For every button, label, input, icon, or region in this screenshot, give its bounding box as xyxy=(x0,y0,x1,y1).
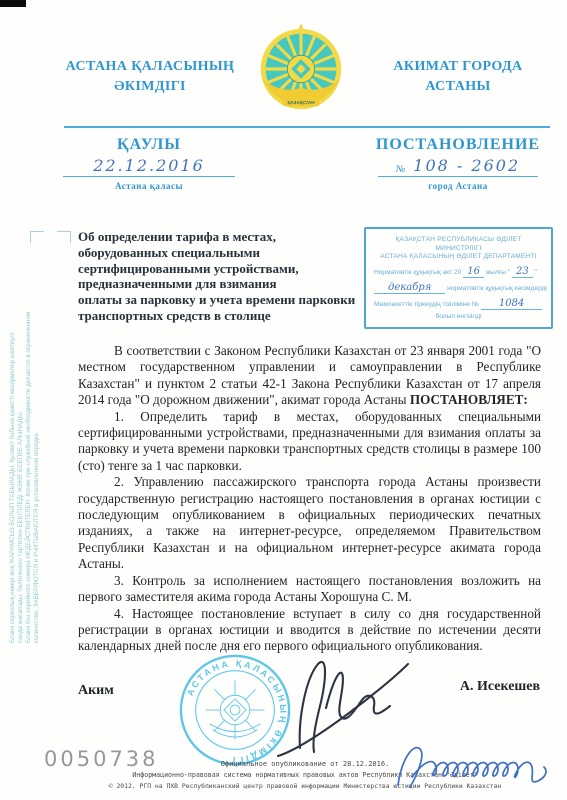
title-line: оборудованных специальными xyxy=(78,245,378,261)
signer-position: Аким xyxy=(78,683,114,699)
emblem-banner-text: ҚАЗАҚСТАН xyxy=(288,100,315,105)
org-name-russian-line2: АСТАНЫ xyxy=(372,77,544,97)
handwritten-day: 23 xyxy=(512,266,533,278)
header-divider xyxy=(64,126,550,128)
reg-stamp-year-label: жылғы " xyxy=(486,269,510,276)
org-name-russian: АКИМАТ ГОРОДА АСТАНЫ xyxy=(372,57,544,96)
reg-stamp-quote: " xyxy=(535,269,537,276)
document-page: АСТАНА ҚАЛАСЫНЫҢ ӘКІМДІГІ ҚАЗАҚСТАН АКИМ… xyxy=(0,0,567,800)
handwritten-register-number: 1084 xyxy=(481,298,542,310)
reg-stamp-acts-label: нормативтік құқықтық кесімдерді xyxy=(447,285,547,292)
state-emblem-icon: ҚАЗАҚСТАН xyxy=(252,20,350,118)
org-name-kazakh-line1: АСТАНА ҚАЛАСЫНЫҢ xyxy=(52,57,248,77)
watermark-line: Бланк сериялық нөмірі жоқ ЖАРАМСЫЗ БОЛЫП… xyxy=(9,328,17,643)
doc-type-russian: ПОСТАНОВЛЕНИЕ xyxy=(362,136,554,154)
place-kazakh: Астана қаласы xyxy=(55,181,243,191)
signer-name: А. Исекешев xyxy=(460,679,540,695)
title-line: транспортных средств в столице xyxy=(78,308,378,324)
handwritten-month: декабря xyxy=(374,282,445,294)
handwritten-year: 16 xyxy=(463,266,484,278)
reg-stamp-act-label: Нормативтік құқықтық акт 20 xyxy=(374,269,461,276)
org-name-russian-line1: АКИМАТ ГОРОДА xyxy=(372,57,544,77)
title-line: сертифицированными устройствами, xyxy=(78,261,378,277)
corner-mark-right xyxy=(57,231,71,243)
number-sign: № xyxy=(396,164,405,175)
org-name-kazakh-line2: ӘКІМДІГІ xyxy=(52,77,248,97)
reg-stamp-ministry: ҚАЗАҚСТАН РЕСПУБЛИКАСЫ ӘДІЛЕТ МИНИСТРЛІГ… xyxy=(374,236,543,253)
title-line: Об определении тарифа в местах, xyxy=(78,229,378,245)
resolves-keyword: ПОСТАНОВЛЯЕТ: xyxy=(410,392,528,407)
corner-mark-left xyxy=(30,231,44,243)
doc-type-kazakh: ҚАУЛЫ xyxy=(55,136,243,154)
reg-stamp-entered-label: болып енгізілді xyxy=(374,313,543,322)
watermark-line: Бланк без серийного номера НЕДЕЙСТВИТЕЛЕ… xyxy=(25,328,33,643)
document-body: В соответствии с Законом Республики Каза… xyxy=(78,343,541,655)
title-line: оплаты за парковку и учета времени парко… xyxy=(78,292,378,308)
document-title: Об определении тарифа в местах, оборудов… xyxy=(78,229,378,324)
title-line: предназначенными для взимания xyxy=(78,276,378,292)
item-paragraph-2: 2. Управлению пассажирского транспорта г… xyxy=(78,474,541,572)
org-name-kazakh: АСТАНА ҚАЛАСЫНЫҢ ӘКІМДІГІ xyxy=(52,57,248,96)
security-watermark: Бланк сериялық нөмірі жоқ ЖАРАМСЫЗ БОЛЫП… xyxy=(9,328,41,643)
watermark-line: количестве, ЗАВЕРЯЮТСЯ и УЧИТЫВАЮТСЯ в у… xyxy=(33,328,41,643)
doc-meta-kazakh: ҚАУЛЫ 22.12.2016 Астана қаласы xyxy=(55,136,243,191)
doc-number-row: № 108 - 2602 xyxy=(378,156,538,177)
reg-stamp-act-line: Нормативтік құқықтық акт 20 16 жылғы " 2… xyxy=(374,265,543,278)
reg-stamp-month-line: декабря нормативтік құқықтық кесімдерді xyxy=(374,281,543,294)
intro-paragraph: В соответствии с Законом Республики Каза… xyxy=(78,343,541,409)
item-paragraph-1: 1. Определить тариф в местах, оборудован… xyxy=(78,409,541,475)
reg-stamp-register-line: Мемлекеттік тіркеудің тізіліміне № 1084 xyxy=(374,297,543,310)
watermark-line: санда жасалады, белгіленген тәртіппен БЕ… xyxy=(17,328,25,643)
secondary-signature-icon xyxy=(390,737,562,797)
item-paragraph-3: 3. Контроль за исполнением настоящего по… xyxy=(78,573,541,606)
registration-stamp: ҚАЗАҚСТАН РЕСПУБЛИКАСЫ ӘДІЛЕТ МИНИСТРЛІГ… xyxy=(364,227,553,329)
place-russian: город Астана xyxy=(362,181,554,191)
reg-stamp-department: АСТАНА ҚАЛАСЫНЫҢ ӘДІЛЕТ ДЕПАРТАМЕНТІ xyxy=(374,253,543,262)
doc-meta-russian: ПОСТАНОВЛЕНИЕ № 108 - 2602 город Астана xyxy=(362,136,554,191)
handwritten-number: 108 - 2602 xyxy=(413,156,520,175)
scan-artifact xyxy=(0,0,26,7)
handwritten-date: 22.12.2016 xyxy=(63,156,235,177)
reg-stamp-register-label: Мемлекеттік тіркеудің тізіліміне № xyxy=(374,301,479,308)
